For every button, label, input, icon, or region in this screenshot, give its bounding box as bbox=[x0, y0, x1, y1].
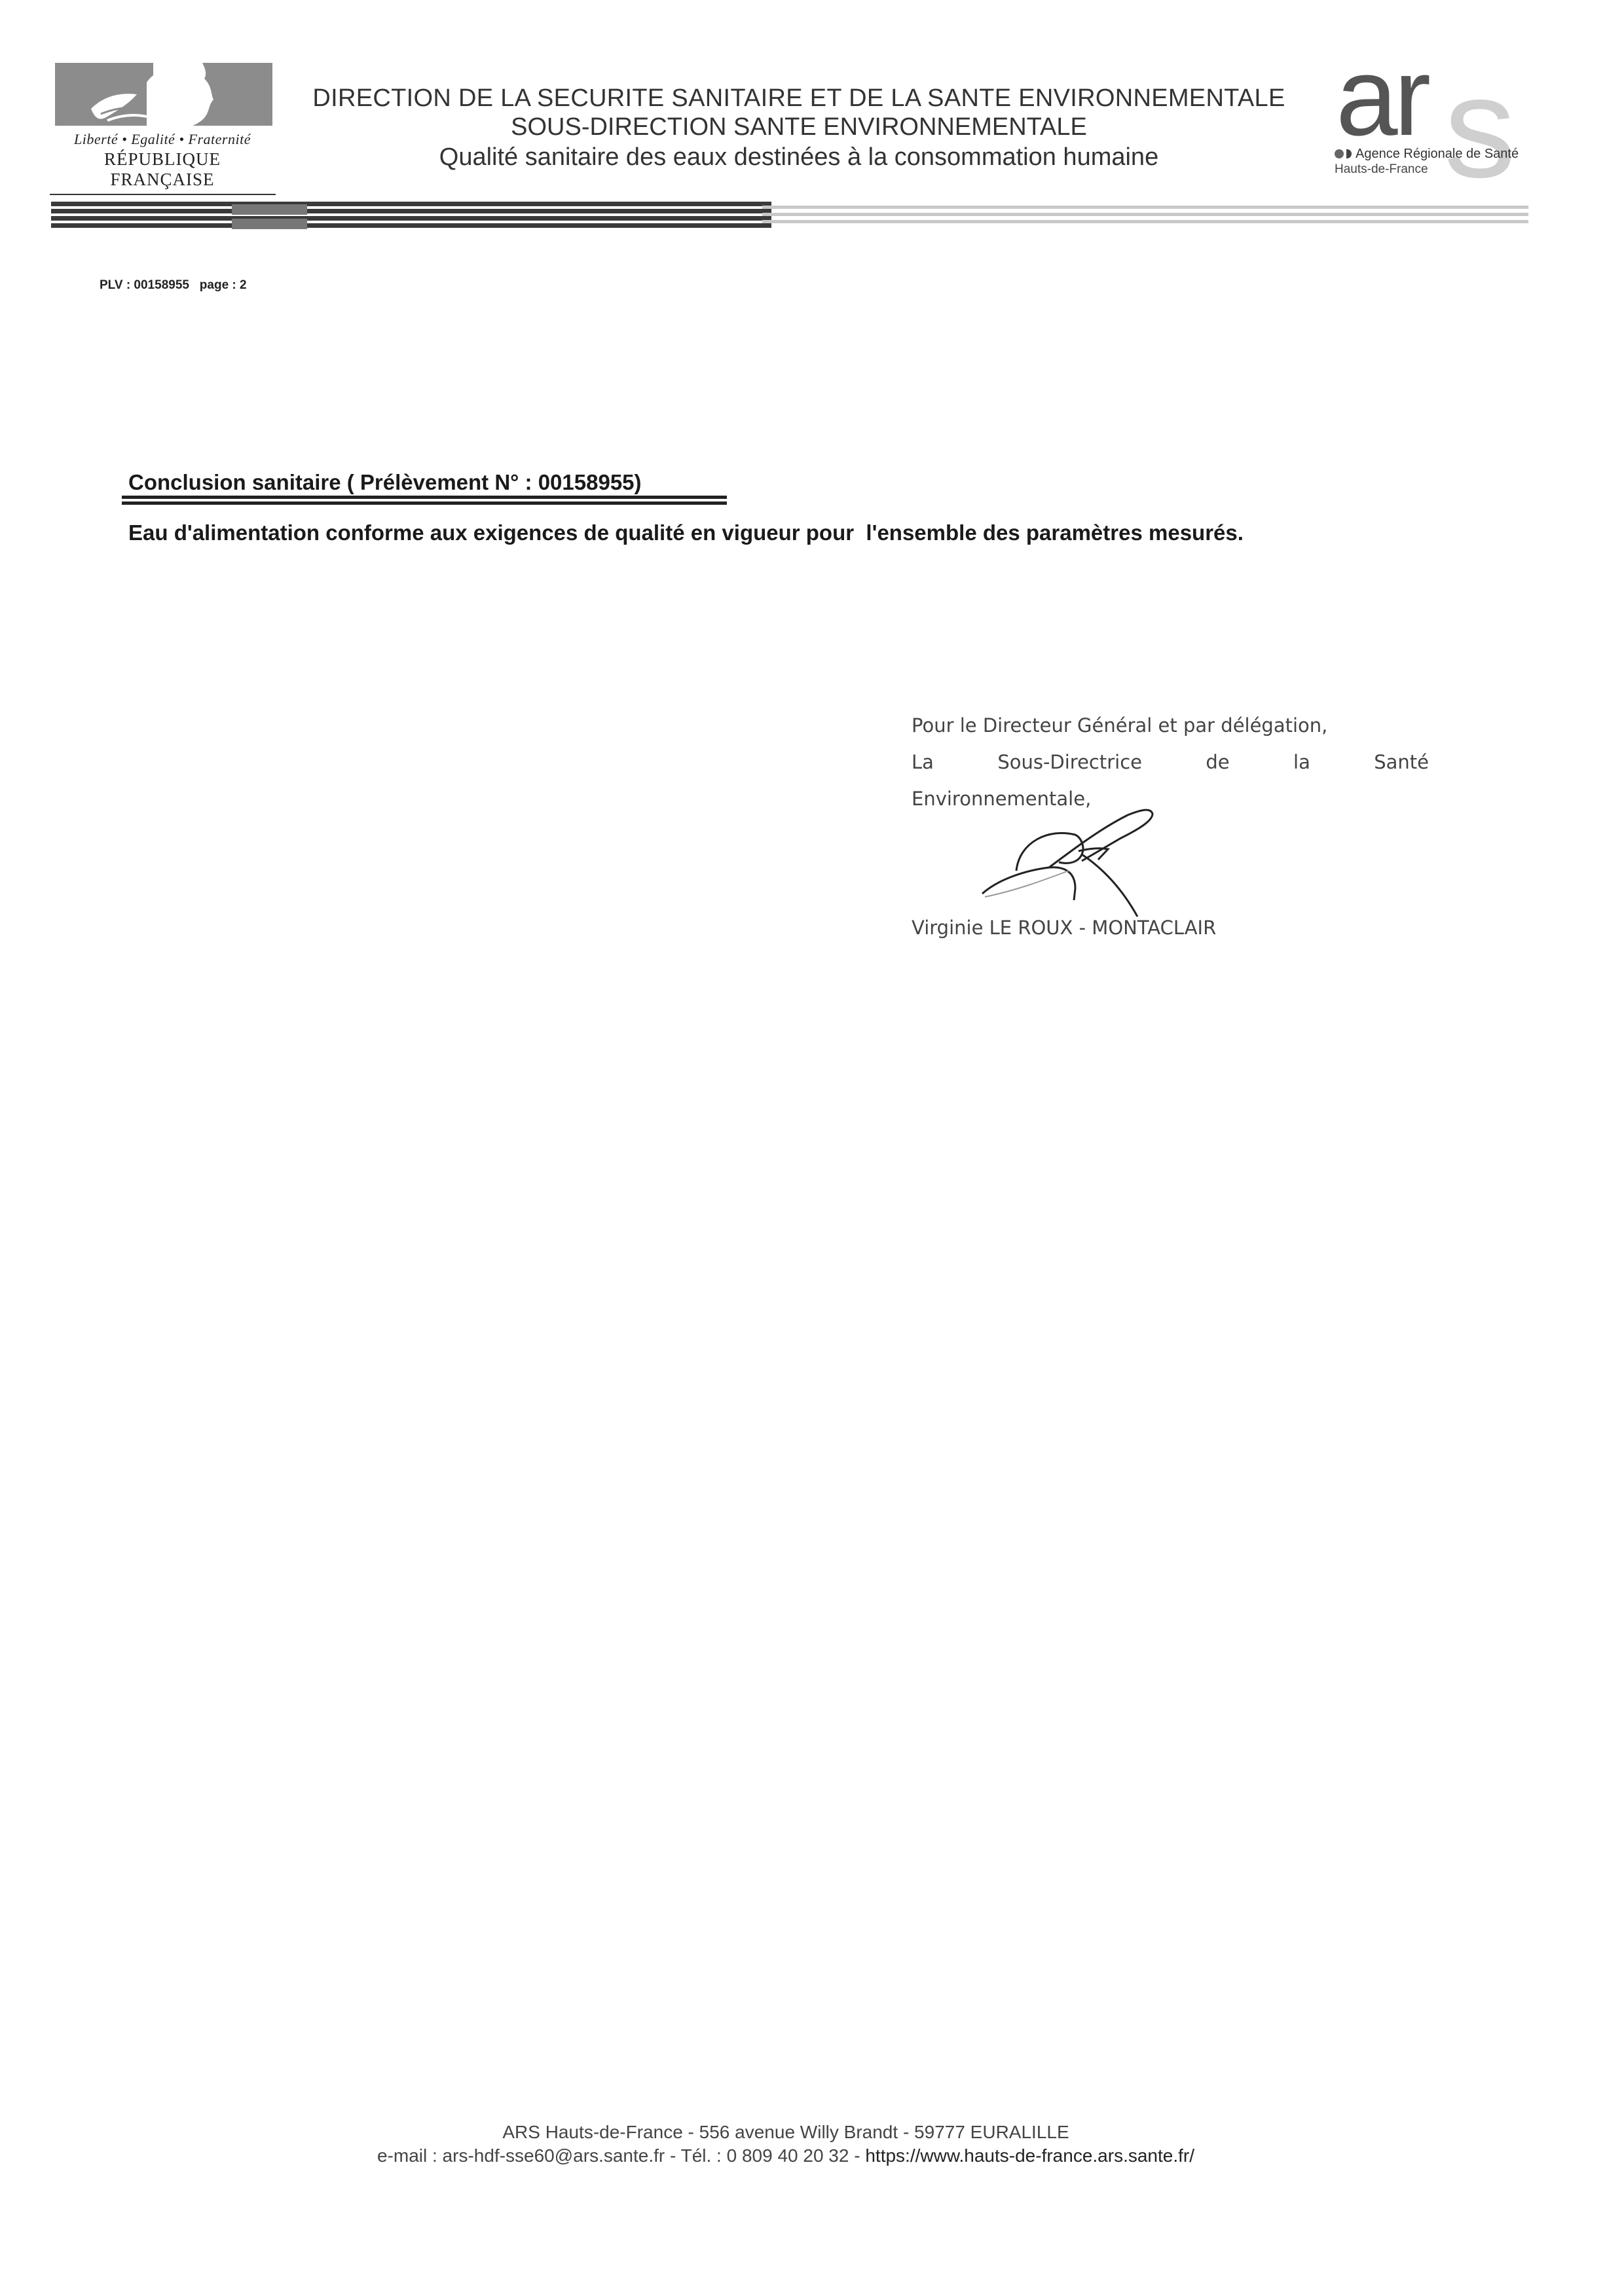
signature-word: la bbox=[1293, 744, 1310, 780]
footer-contact: e-mail : ars-hdf-sse60@ars.sante.fr - Té… bbox=[262, 2145, 1310, 2167]
document-header: DIRECTION DE LA SECURITE SANITAIRE ET DE… bbox=[275, 84, 1323, 173]
rule-block bbox=[232, 204, 307, 215]
signature-word: Sous-Directrice bbox=[997, 744, 1142, 780]
signature-word: de bbox=[1206, 744, 1229, 780]
rule-block bbox=[232, 219, 307, 229]
ars-crescent-icon bbox=[1346, 149, 1352, 158]
rule-light bbox=[762, 213, 1528, 216]
header-rules bbox=[42, 202, 1548, 234]
conclusion-underline bbox=[122, 496, 727, 499]
header-subject: Qualité sanitaire des eaux destinées à l… bbox=[275, 141, 1323, 173]
conclusion-title: Conclusion sanitaire ( Prélèvement N° : … bbox=[128, 470, 642, 495]
signature-word: Santé bbox=[1374, 744, 1429, 780]
signature-word: La bbox=[912, 744, 934, 780]
rule-gap bbox=[51, 221, 229, 223]
handwritten-signature-icon bbox=[977, 802, 1213, 920]
conclusion-underline bbox=[122, 501, 727, 505]
rule-dark bbox=[51, 209, 771, 213]
ars-dot-icon bbox=[1335, 149, 1344, 158]
republique-francaise-logo: Liberté • Egalité • Fraternité RÉPUBLIQU… bbox=[51, 63, 274, 195]
header-sous-direction: SOUS-DIRECTION SANTE ENVIRONNEMENTALE bbox=[275, 113, 1323, 141]
marianne-icon bbox=[55, 63, 272, 126]
signature-title-line: La Sous-Directrice de la Santé bbox=[912, 744, 1429, 780]
rule-light bbox=[762, 220, 1528, 223]
sample-page-reference: PLV : 00158955 page : 2 bbox=[100, 278, 247, 293]
page-footer: ARS Hauts-de-France - 556 avenue Willy B… bbox=[262, 2121, 1310, 2167]
rule-dark bbox=[51, 216, 771, 221]
signature-delegation: Pour le Directeur Général et par délégat… bbox=[912, 707, 1429, 744]
ars-logo-ar: ar bbox=[1336, 33, 1427, 161]
republique-motto: Liberté • Egalité • Fraternité bbox=[51, 131, 274, 148]
marianne-emblem bbox=[55, 63, 272, 126]
ars-agency-name: Agence Régionale de Santé bbox=[1335, 147, 1519, 162]
rule-dark bbox=[51, 202, 771, 206]
conclusion-text: Eau d'alimentation conforme aux exigence… bbox=[128, 520, 1244, 545]
rule-gap bbox=[51, 206, 229, 209]
ars-region: Hauts-de-France bbox=[1335, 162, 1428, 177]
signatory-name: Virginie LE ROUX - MONTACLAIR bbox=[912, 917, 1216, 939]
rule-dark bbox=[51, 223, 771, 228]
ars-agency-label: Agence Régionale de Santé bbox=[1356, 147, 1519, 161]
ars-logo-s: s bbox=[1444, 45, 1516, 210]
rule-light bbox=[762, 206, 1528, 209]
republique-name: RÉPUBLIQUE FRANÇAISE bbox=[51, 149, 274, 190]
header-direction: DIRECTION DE LA SECURITE SANITAIRE ET DE… bbox=[275, 84, 1323, 113]
footer-address: ARS Hauts-de-France - 556 avenue Willy B… bbox=[262, 2121, 1310, 2143]
footer-website-link[interactable]: https://www.hauts-de-france.ars.sante.fr… bbox=[865, 2145, 1194, 2166]
signature-block: Pour le Directeur Général et par délégat… bbox=[912, 707, 1429, 817]
ars-logo: s ar Agence Régionale de Santé Hauts-de-… bbox=[1329, 71, 1552, 202]
footer-email-phone: e-mail : ars-hdf-sse60@ars.sante.fr - Té… bbox=[377, 2145, 865, 2166]
logo-underline bbox=[50, 194, 276, 195]
